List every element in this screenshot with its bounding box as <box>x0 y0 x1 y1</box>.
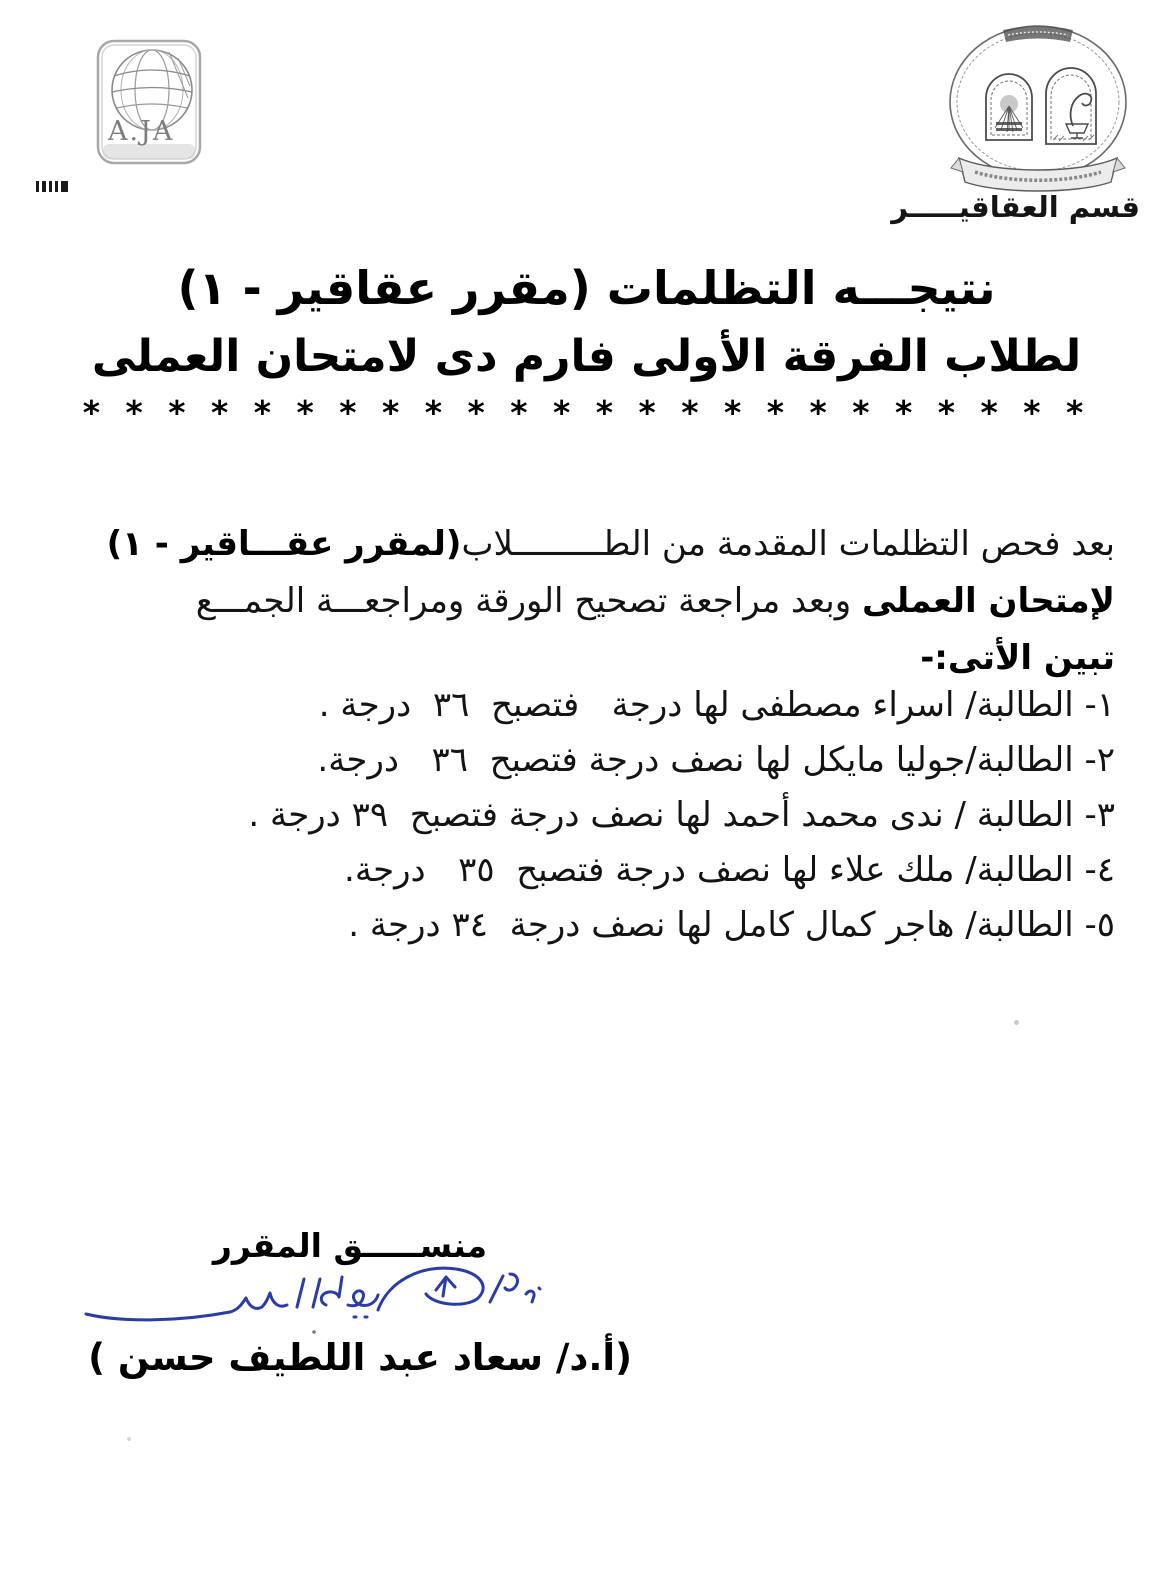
department-label: قسم العقاقيـــــر <box>905 190 1140 224</box>
faculty-emblem <box>945 22 1131 198</box>
aja-logo: A.JA <box>95 38 203 166</box>
grade-results-list: ١- الطالبة/ اسراء مصطفى لها درجة فتصبح ٣… <box>58 678 1115 953</box>
faculty-seal-icon <box>945 22 1131 198</box>
grade-item-4: ٤- الطالبة/ ملك علاء لها نصف درجة فتصبح … <box>58 843 1115 898</box>
paragraph-line-1: بعد فحص التظلمات المقدمة من الطـــــــــ… <box>58 516 1115 573</box>
review-text: وبعد مراجعة تصحيح الورقة ومراجعـــة الجم… <box>196 581 862 621</box>
grade-item-1: ١- الطالبة/ اسراء مصطفى لها درجة فتصبح ٣… <box>58 678 1115 733</box>
scan-noise-speck <box>127 1437 131 1441</box>
document-title-block: نتيجـــه التظلمات (مقرر عقاقير - ١) لطلا… <box>0 252 1173 436</box>
aja-logo-text: A.JA <box>107 116 174 147</box>
title-line-1: نتيجـــه التظلمات (مقرر عقاقير - ١) <box>0 252 1173 324</box>
signature-ink-icon <box>78 1254 548 1338</box>
registration-bars <box>36 181 68 192</box>
aja-globe-icon: A.JA <box>95 38 203 166</box>
intro-text: بعد فحص التظلمات المقدمة من الطـــــــــ… <box>461 524 1115 564</box>
grade-item-3: ٣- الطالبة / ندى محمد أحمد لها نصف درجة … <box>58 788 1115 843</box>
grade-item-5: ٥- الطالبة/ هاجر كمال كامل لها نصف درجة … <box>58 898 1115 953</box>
body-paragraph: بعد فحص التظلمات المقدمة من الطـــــــــ… <box>58 516 1115 687</box>
grade-item-2: ٢- الطالبة/جوليا مايكل لها نصف درجة فتصب… <box>58 733 1115 788</box>
scan-noise-speck <box>1014 1020 1019 1025</box>
course-ref-bold: (لمقرر عقـــاقير - ١) <box>107 524 462 564</box>
paragraph-line-2: لإمتحان العملى وبعد مراجعة تصحيح الورقة … <box>58 573 1115 630</box>
coordinator-name: (أ.د/ سعاد عبد اللطيف حسن ) <box>112 1336 632 1379</box>
practical-exam-bold: لإمتحان العملى <box>862 581 1115 621</box>
handwritten-signature <box>78 1254 548 1338</box>
title-separator: * * * * * * * * * * * * * * * * * * * * … <box>0 390 1173 436</box>
title-line-2: لطلاب الفرقة الأولى فارم دى لامتحان العم… <box>0 324 1173 390</box>
scanned-document-page: A.JA قسم <box>0 0 1173 1584</box>
